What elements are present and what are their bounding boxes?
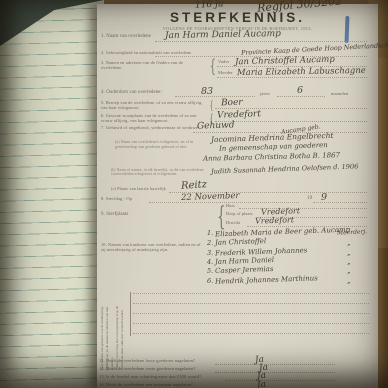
blank-line-2	[133, 303, 369, 304]
field4-months-unit: maanden	[331, 91, 348, 97]
field14-value: Ja	[257, 380, 267, 388]
child-2-num: 2.	[207, 239, 213, 247]
field1-line	[155, 41, 367, 42]
field2-label: 2. Geboortigheid en nationaliteit van ov…	[101, 50, 241, 55]
field5-line	[215, 108, 367, 109]
field1-label: 1. Naam van overledene	[101, 34, 151, 40]
sterfkennis-form: 116 ju Regfol 30/3202 STERFKENNIS. VOLGE…	[97, 4, 378, 388]
field8-year-printed: 19	[307, 196, 312, 202]
child-6-name: Hendrik Johannes Marthinus	[215, 274, 318, 286]
field7c-value: Reitz	[181, 179, 208, 192]
field12-label: 12. Heeft de overledene vaste goederen n…	[99, 366, 195, 372]
child-5-status: „	[347, 267, 351, 275]
child-6-num: 6.	[207, 277, 213, 285]
child-5-num: 5.	[207, 267, 213, 275]
child-1-status: Meerderj.	[337, 228, 367, 237]
child-6-status: „	[347, 277, 351, 285]
blank-line-1	[133, 293, 369, 294]
field12-line	[215, 372, 335, 373]
field9-huis-label: Huis	[226, 203, 235, 208]
field3-vader-label: Vader	[218, 59, 229, 65]
field13-label: 13. Is de boedel naar schatting meer dan…	[99, 374, 201, 380]
blank-lines-bracket	[130, 292, 131, 336]
child-1-num: 1.	[207, 229, 213, 237]
field9-distrikt-value: Vredefort	[255, 215, 294, 225]
field9-label: 9. Sterfplaats	[101, 212, 128, 218]
child-2-status: „	[347, 239, 351, 247]
ledger-lined-page	[0, 0, 104, 388]
field6-label: 6. Gewone woonplaats van de overledene o…	[101, 113, 209, 124]
child-5-name: Casper Jeremias	[215, 265, 274, 275]
child-2-name: Jan Christoffel	[215, 237, 266, 247]
field14-label: 14. Heeft de overledene een testament na…	[99, 382, 193, 388]
field3-brace: {	[210, 56, 216, 77]
child-3-num: 3.	[207, 249, 213, 257]
field7a-line3: Anna Barbara Christina Botha B. 1867	[203, 151, 340, 163]
field3-label: 3. Namen en adressen van de Ouders van d…	[101, 60, 203, 71]
field8-year-written: 9	[321, 192, 327, 203]
field9-brace: {	[217, 202, 225, 232]
field6-line	[215, 121, 367, 122]
field4-months: 6	[297, 85, 303, 96]
field9-dorp-label: Dorp of plaats	[226, 211, 253, 216]
field4-years-unit: jaren	[260, 91, 270, 97]
field4-label: 4. Ouderdom van overledene:	[101, 90, 162, 96]
child-4-num: 4.	[207, 258, 213, 266]
field7b-value: Judith Susannah Hendrina Oelofsen d. 190…	[211, 162, 359, 175]
field8-value: 22 November	[181, 191, 240, 203]
field7c-label: (c) Plaats van laatste huwelijk	[111, 186, 166, 191]
field1-value: Jan Harm Daniel Aucamp	[165, 29, 281, 41]
blank-line-3	[133, 313, 369, 314]
child-3-status: „	[347, 249, 351, 257]
field3-moeder-label: Moeder	[218, 70, 233, 76]
field7-value: Gehuwd	[197, 120, 235, 131]
blank-line-5	[133, 333, 369, 334]
field11-label: 11. Heeft de overledene losse goederen n…	[99, 358, 195, 364]
form-title: STERFKENNIS.	[97, 10, 378, 25]
field11-line	[215, 364, 335, 365]
field4-years: 83	[201, 86, 213, 97]
field13-line	[225, 380, 335, 381]
field10-label: 10. Namen van kinderen van overledene, i…	[101, 242, 201, 253]
field7-label: 7. Gehuwd of ongehuwd, weduwenaar of wed…	[101, 125, 199, 131]
field7b-label: (b) Naam of namen, in elk huwelijk, in d…	[111, 168, 207, 177]
blank-line-4	[133, 323, 369, 324]
field6-value: Vredefort	[217, 109, 261, 121]
field4-line1	[175, 96, 255, 97]
field9-huis-line	[239, 208, 367, 209]
child-4-status: „	[347, 258, 351, 266]
photo-of-death-notice: 116 ju Regfol 30/3202 STERFKENNIS. VOLGE…	[0, 0, 388, 388]
blue-ink-mark	[345, 16, 349, 43]
field9-distrikt-label: Distrikt	[226, 220, 240, 225]
child-1-name: Elizabeth Maria de Beer geb. Aucamp	[215, 226, 350, 239]
field5-value: Boer	[221, 98, 243, 109]
field7a-label: (a) Naam van overledene's echtgenoot, en…	[115, 140, 207, 149]
field5-brace: {	[209, 99, 213, 112]
field4-line2	[277, 96, 325, 97]
field5-label: 5. Beroep van de overledene, of zo een v…	[101, 100, 209, 111]
field8-label: 8. Sterfdag : Op	[101, 196, 132, 202]
